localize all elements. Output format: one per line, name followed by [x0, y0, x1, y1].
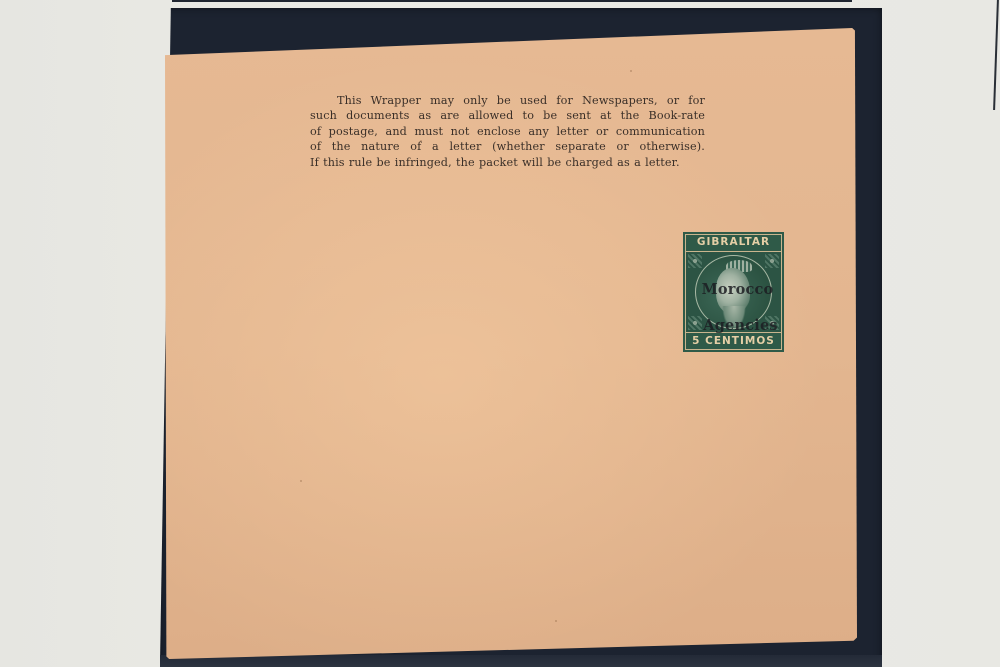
notice-line: of the nature of a letter (whether separ… — [310, 139, 705, 154]
ornament-icon — [765, 254, 779, 268]
wrapper-usage-notice: This Wrapper may only be used for Newspa… — [310, 93, 705, 170]
paper-speck — [630, 70, 632, 72]
notice-line: If this rule be infringed, the packet wi… — [310, 155, 705, 170]
album-page-edge — [993, 0, 999, 110]
imprinted-stamp: GIBRALTAR Morocco Agencies 5 CENTIMOS — [683, 232, 784, 352]
overprint-line-1: Morocco — [694, 281, 781, 298]
paper-speck — [300, 480, 302, 482]
stamp-center-panel: Morocco Agencies — [686, 251, 781, 333]
notice-line: such documents as are allowed to be sent… — [310, 108, 705, 123]
adjacent-mount-edge — [172, 0, 852, 2]
overprint-line-2: Agencies — [700, 317, 781, 334]
paper-speck — [555, 620, 557, 622]
mount-bottom-edge — [160, 655, 882, 667]
ornament-icon — [688, 254, 702, 268]
notice-line: This Wrapper may only be used for Newspa… — [310, 93, 705, 108]
notice-line: of postage, and must not enclose any let… — [310, 124, 705, 139]
stamp-value-label: 5 CENTIMOS — [686, 334, 781, 349]
stamp-country-label: GIBRALTAR — [686, 235, 781, 250]
